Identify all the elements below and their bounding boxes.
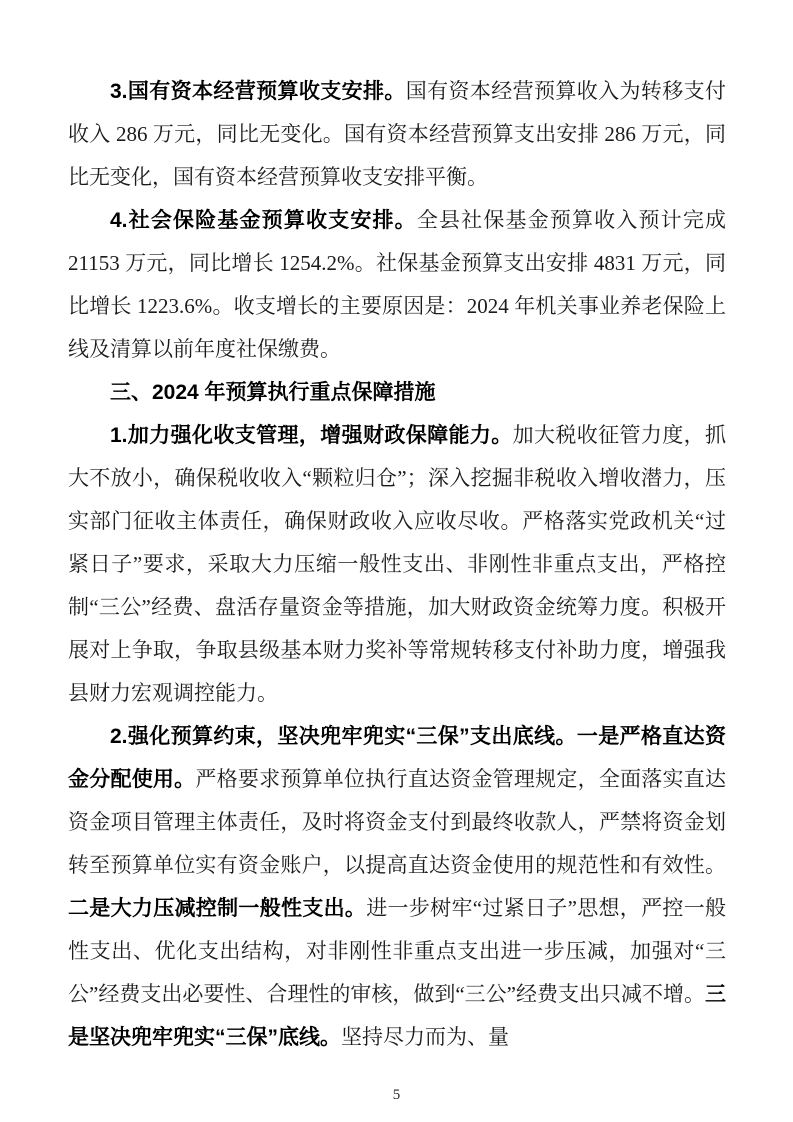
para-3-state-capital-budget: 3.国有资本经营预算收支安排。国有资本经营预算收入为转移支付收入 286 万元，… <box>68 70 726 199</box>
text-segment: 加大税收征管力度，抓大不放小，确保税收收入“颗粒归仓”；深入挖掘非税收入增收潜力… <box>68 423 726 705</box>
document-body: 3.国有资本经营预算收支安排。国有资本经营预算收入为转移支付收入 286 万元，… <box>68 70 726 1059</box>
document-page: 3.国有资本经营预算收支安排。国有资本经营预算收入为转移支付收入 286 万元，… <box>0 0 793 1122</box>
bold-text-segment: 3.国有资本经营预算收支安排。 <box>110 80 406 103</box>
bold-text-segment: 二是大力压减控制一般性支出。 <box>68 897 366 920</box>
para-1-strengthen-revenue-expenditure: 1.加力强化收支管理，增强财政保障能力。加大税收征管力度，抓大不放小，确保税收收… <box>68 414 726 715</box>
bold-text-segment: 4.社会保险基金预算收支安排。 <box>110 209 417 232</box>
heading-section-three: 三、2024 年预算执行重点保障措施 <box>68 371 726 414</box>
bold-text-segment: 三、2024 年预算执行重点保障措施 <box>110 381 436 404</box>
bold-text-segment: 1.加力强化收支管理，增强财政保障能力。 <box>110 424 513 447</box>
para-2-budget-constraint-three-guarantees: 2.强化预算约束，坚决兜牢兜实“三保”支出底线。一是严格直达资金分配使用。严格要… <box>68 715 726 1059</box>
page-number: 5 <box>0 1087 793 1104</box>
text-segment: 坚持尽力而为、量 <box>341 1025 509 1049</box>
para-4-social-insurance-budget: 4.社会保险基金预算收支安排。全县社保基金预算收入预计完成 21153 万元，同… <box>68 199 726 371</box>
